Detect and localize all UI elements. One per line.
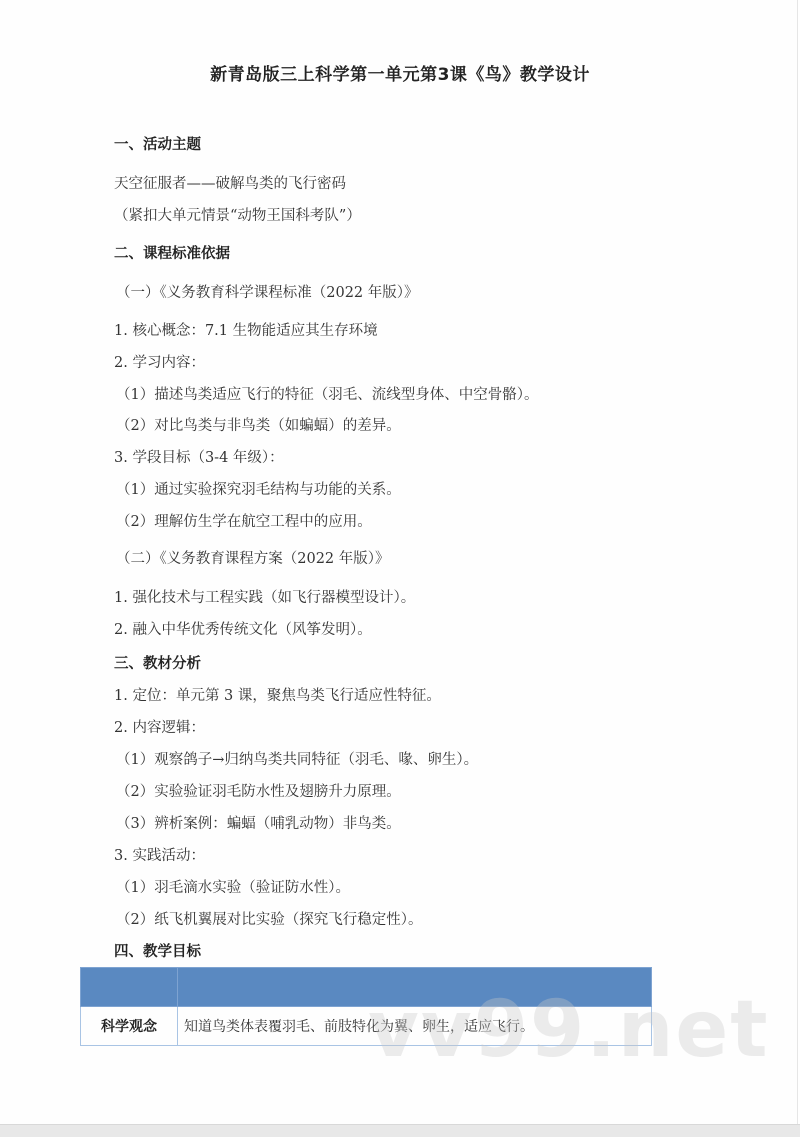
section-heading-activity-theme: 一、活动主题 [114,133,201,154]
standard-item: （1）通过实验探究羽毛结构与功能的关系。 [116,478,401,499]
watermark: vv99.net [368,985,770,1075]
section-heading-curriculum-standards: 二、课程标准依据 [114,242,230,263]
analysis-item: （3）辨析案例：蝙蝠（哺乳动物）非鸟类。 [116,812,401,833]
standard-item: 2. 学习内容： [114,351,205,372]
bottom-scroll-bar[interactable] [0,1124,800,1137]
standard-item: （1）描述鸟类适应飞行的特征（羽毛、流线型身体、中空骨骼）。 [116,383,538,404]
activity-theme-note: （紧扣大单元情景“动物王国科考队”） [114,204,361,225]
analysis-item: （1）观察鸽子→归纳鸟类共同特征（羽毛、喙、卵生）。 [116,748,478,769]
plan-item: 2. 融入中华优秀传统文化（风筝发明）。 [114,618,372,639]
analysis-item: （2）实验验证羽毛防水性及翅膀升力原理。 [116,780,401,801]
document-title: 新青岛版三上科学第一单元第3课《鸟》教学设计 [0,60,800,85]
analysis-item: 2. 内容逻辑： [114,716,205,737]
analysis-item: 3. 实践活动： [114,844,205,865]
plan-item: 1. 强化技术与工程实践（如飞行器模型设计）。 [114,586,415,607]
table-header-cell [81,968,178,1007]
subheading-science-standard: （一）《义务教育科学课程标准（2022 年版）》 [116,281,419,302]
section-heading-teaching-goals: 四、教学目标 [114,940,201,961]
subheading-curriculum-plan: （二）《义务教育课程方案（2022 年版）》 [116,547,390,568]
standard-item: （2）对比鸟类与非鸟类（如蝙蝠）的差异。 [116,414,401,435]
goal-label: 科学观念 [81,1007,178,1046]
analysis-item: （1）羽毛滴水实验（验证防水性）。 [116,876,350,897]
standard-item: （2）理解仿生学在航空工程中的应用。 [116,510,372,531]
section-heading-textbook-analysis: 三、教材分析 [114,652,201,673]
activity-theme-line: 天空征服者——破解鸟类的飞行密码 [114,172,346,193]
standard-item: 1. 核心概念：7.1 生物能适应其生存环境 [114,319,378,340]
analysis-item: 1. 定位：单元第 3 课，聚焦鸟类飞行适应性特征。 [114,684,441,705]
analysis-item: （2）纸飞机翼展对比实验（探究飞行稳定性）。 [116,908,422,929]
document-page: 新青岛版三上科学第一单元第3课《鸟》教学设计 一、活动主题 天空征服者——破解鸟… [0,0,798,1124]
standard-item: 3. 学段目标（3-4 年级）： [114,446,284,467]
